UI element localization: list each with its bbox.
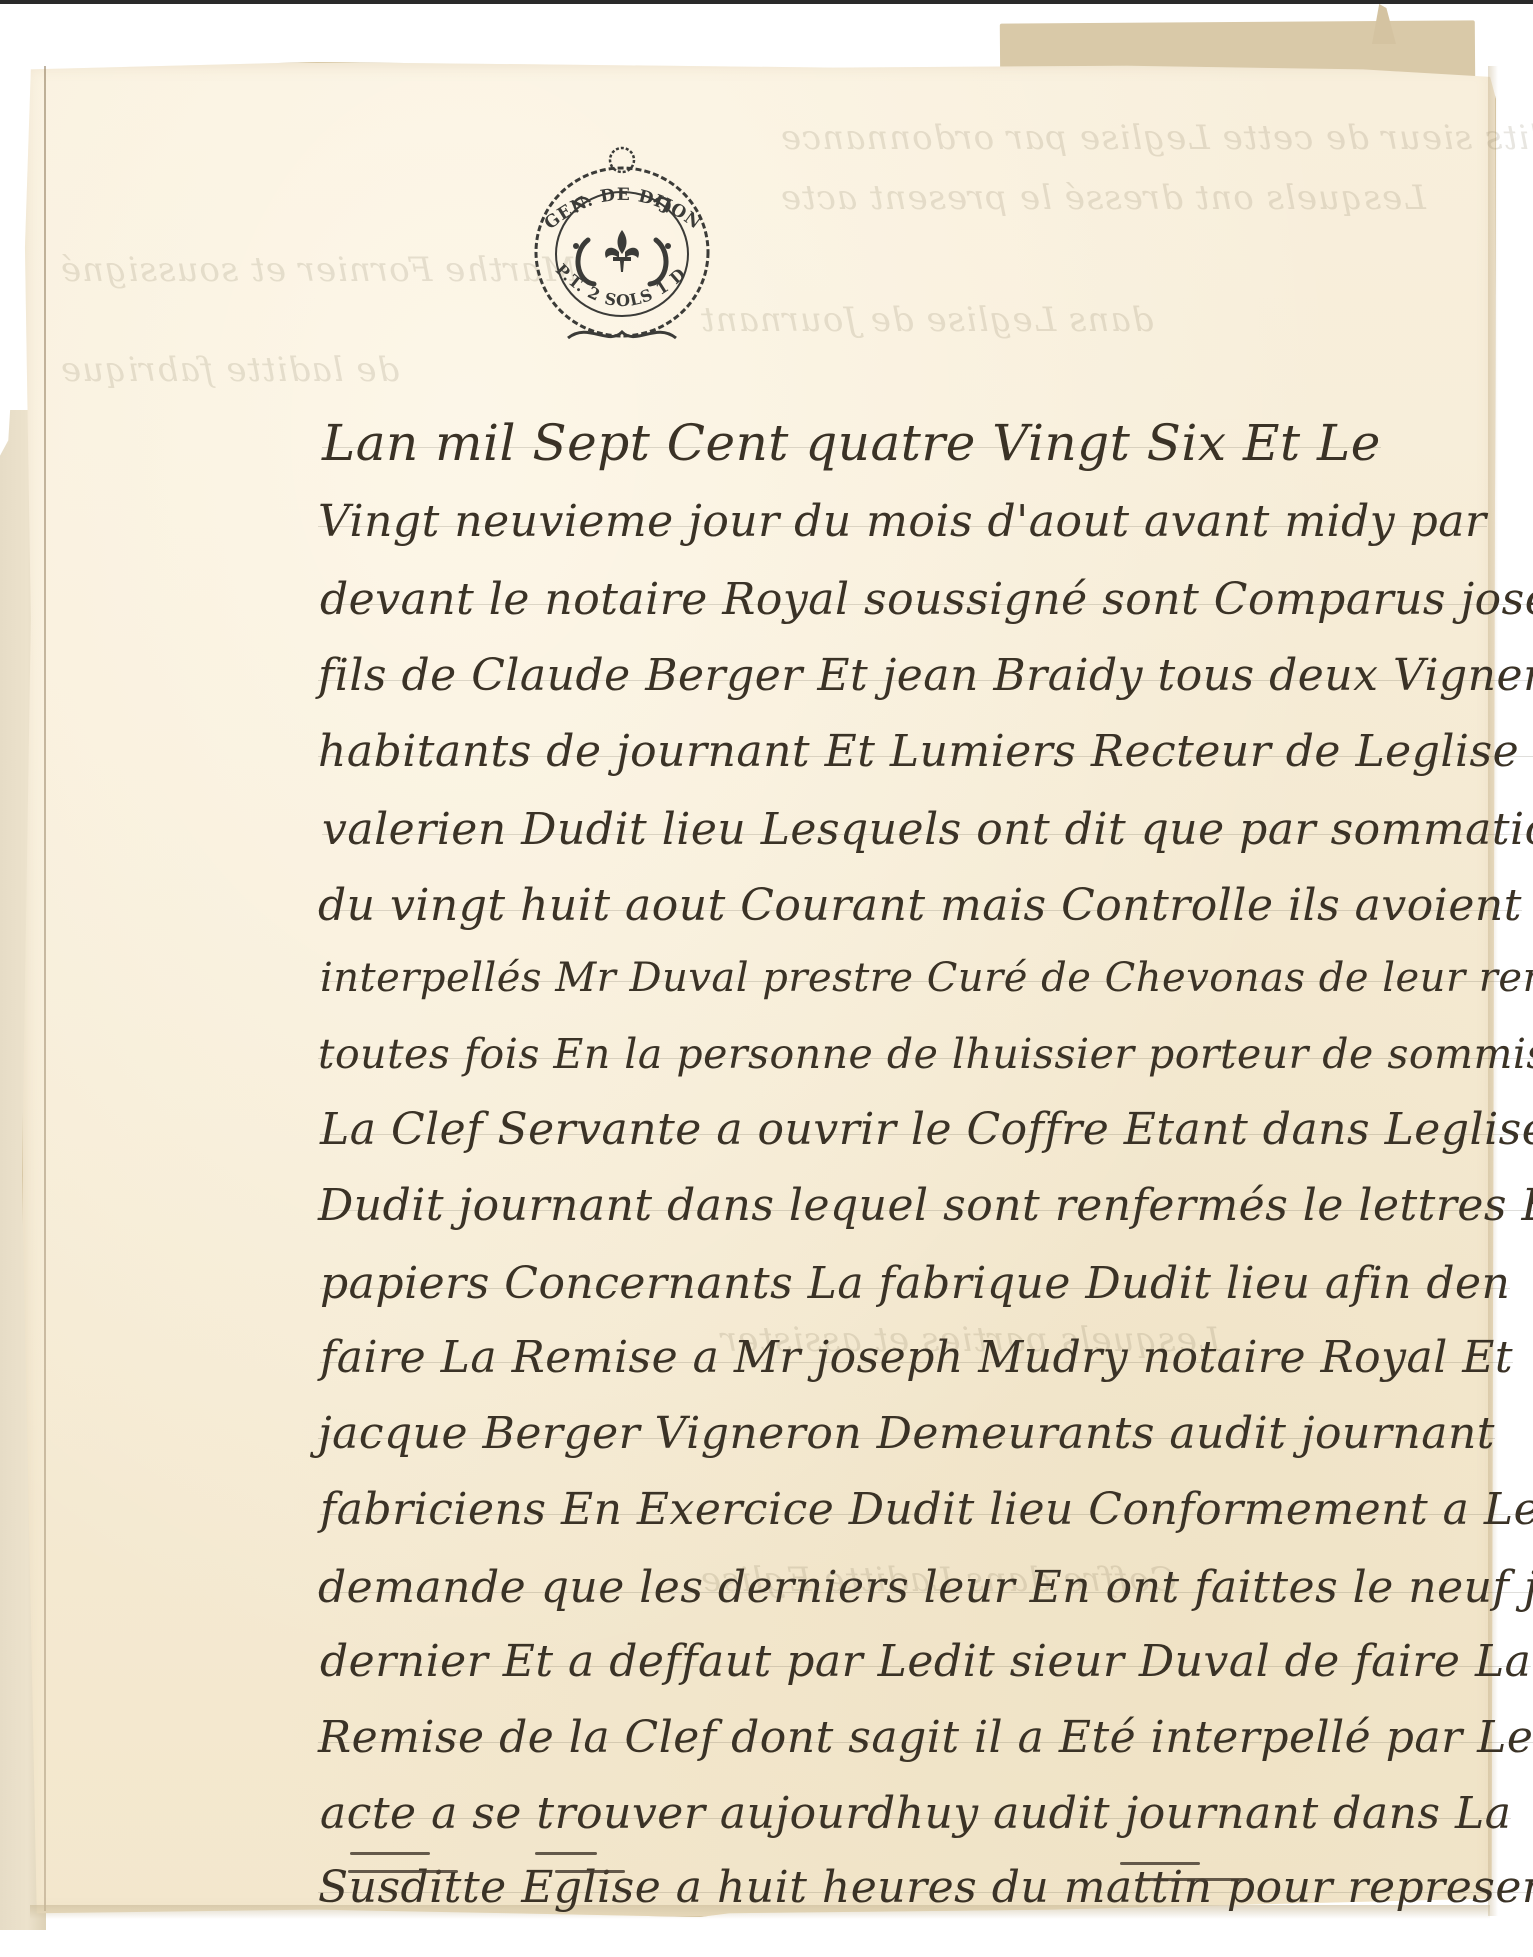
underline-flourish [348,1870,458,1873]
underline-flourish [1120,1862,1200,1865]
handwritten-line-16: demande que les derniers leur En ont fai… [318,1566,1533,1610]
handwritten-line-6: valerien Dudit lieu Lesquels ont dit que… [322,808,1533,852]
handwritten-line-7: du vingt huit aout Courant mais Controll… [318,884,1522,928]
handwritten-line-1: Lan mil Sept Cent quatre Vingt Six Et Le [322,418,1381,468]
underline-flourish [535,1852,597,1855]
handwritten-line-3: devant le notaire Royal soussigné sont C… [320,578,1533,622]
fold-line [44,66,46,1911]
underline-flourish [350,1852,430,1855]
handwritten-line-18: Remise de la Clef dont sagit il a Eté in… [318,1716,1533,1760]
bleed-through-line: Lesquels ont dressé le present acte [780,178,1426,218]
bleed-through-line: de laditte fabrique [60,350,399,390]
handwritten-line-17: dernier Et a deffaut par Ledit sieur Duv… [320,1640,1531,1684]
handwritten-line-19: acte a se trouver aujourdhuy audit journ… [320,1792,1511,1836]
handwritten-line-13: faire La Remise a Mr joseph Mudry notair… [320,1336,1513,1380]
handwritten-line-11: Dudit journant dans lequel sont renfermé… [318,1184,1533,1228]
handwritten-line-9: toutes fois En la personne de lhuissier … [318,1034,1533,1075]
handwritten-line-5: habitants de journant Et Lumiers Recteur… [318,730,1533,774]
handwritten-line-2: Vingt neuvieme jour du mois d'aout avant… [318,500,1487,544]
stamp-emblem-icon: GEN. DE DIJON P.T. 2 SOLS 1 D. [528,142,716,354]
bleed-through-line: dans Leglise de Journant [700,300,1153,340]
document-scan: Susdits sieur de cette Leglise par ordon… [0,0,1533,1957]
bleed-through-line: Marthe Fornier et soussigné [60,250,577,290]
handwritten-line-15: fabriciens En Exercice Dudit lieu Confor… [320,1488,1533,1532]
bleed-through-line: Susdits sieur de cette Leglise par ordon… [780,118,1533,158]
handwritten-line-8: interpellés Mr Duval prestre Curé de Che… [320,958,1533,998]
underline-flourish [1138,1878,1248,1881]
handwritten-line-10: La Clef Servante a ouvrir le Coffre Etan… [320,1108,1533,1152]
scanner-edge [0,0,1533,4]
handwritten-line-20: Susditte Eglise a huit heures du mattin … [318,1866,1533,1910]
handwritten-line-4: fils de Claude Berger Et jean Braidy tou… [318,654,1533,698]
underline-flourish [555,1870,625,1873]
handwritten-line-12: papiers Concernants La fabrique Dudit li… [320,1262,1510,1306]
tax-stamp: GEN. DE DIJON P.T. 2 SOLS 1 D. [528,142,716,354]
handwritten-line-14: jacque Berger Vigneron Demeurants audit … [318,1412,1495,1456]
